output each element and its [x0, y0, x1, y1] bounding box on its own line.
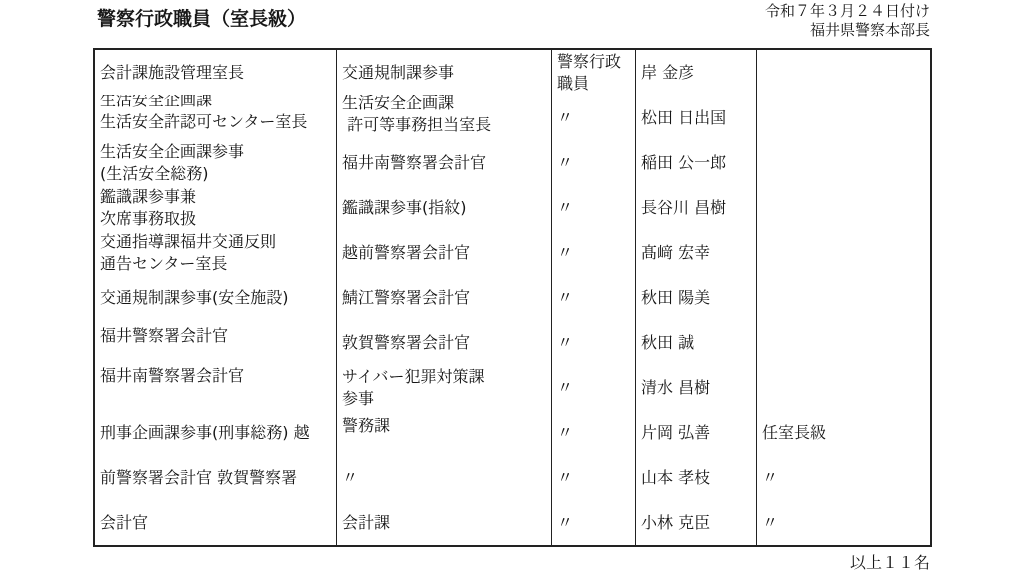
total-count: 以上１１名: [850, 550, 930, 573]
previous-position-cell: 福井南警察署会計官: [337, 140, 552, 185]
category-cell: 〃: [552, 455, 636, 500]
category-cell: 〃: [552, 500, 636, 545]
note-cell: 〃: [757, 455, 930, 500]
new-position-cell: 福井南警察署会計官: [95, 365, 337, 410]
note-cell: [757, 140, 930, 185]
previous-position-cell: サイバー犯罪対策課 参事: [337, 365, 552, 410]
note-cell: 任室長級: [757, 410, 930, 455]
note-cell: [757, 230, 930, 275]
personnel-table: 会計課施設管理室長 交通規制課参事 警察行政 職員 岸 金彦 生活安全企画課 生…: [93, 48, 932, 547]
note-cell: [757, 95, 930, 140]
previous-position-cell: 会計課: [337, 500, 552, 545]
previous-position-cell: 交通規制課参事: [337, 50, 552, 95]
previous-position-cell: 鯖江警察署会計官: [337, 275, 552, 320]
previous-position-cell: 鑑識課参事(指紋): [337, 185, 552, 230]
note-cell: [757, 320, 930, 365]
name-cell: 秋田 陽美: [636, 275, 757, 320]
name-cell: 稲田 公一郎: [636, 140, 757, 185]
new-position-cell: 交通指導課福井交通反則 通告センター室長: [95, 230, 337, 275]
previous-position-cell: 生活安全企画課 許可等事務担当室長: [337, 95, 552, 140]
category-cell: 〃: [552, 410, 636, 455]
note-cell: [757, 50, 930, 95]
previous-position-cell: 〃: [337, 455, 552, 500]
name-cell: 片岡 弘善: [636, 410, 757, 455]
name-cell: 秋田 誠: [636, 320, 757, 365]
issue-info: 令和７年３月２４日付け 福井県警察本部長: [765, 2, 930, 40]
issuer-name: 福井県警察本部長: [765, 21, 930, 40]
new-position-cell: 生活安全企画課 生活安全許認可センター室長: [95, 95, 337, 140]
name-cell: 長谷川 昌樹: [636, 185, 757, 230]
new-position-cell: 会計課施設管理室長: [95, 50, 337, 95]
new-position-cell: 福井警察署会計官: [95, 320, 337, 365]
new-position-cell: 生活安全企画課参事 (生活安全総務): [95, 140, 337, 185]
previous-position-cell: 敦賀警察署会計官: [337, 320, 552, 365]
previous-position-cell: 越前警察署会計官: [337, 230, 552, 275]
category-cell: 〃: [552, 275, 636, 320]
category-cell: 〃: [552, 185, 636, 230]
note-cell: [757, 275, 930, 320]
name-cell: 山本 孝枝: [636, 455, 757, 500]
issue-date: 令和７年３月２４日付け: [765, 2, 930, 21]
category-cell: 〃: [552, 140, 636, 185]
note-cell: 〃: [757, 500, 930, 545]
category-cell: 警察行政 職員: [552, 50, 636, 95]
previous-position-cell: 警務課: [337, 410, 552, 455]
note-cell: [757, 185, 930, 230]
note-cell: [757, 365, 930, 410]
new-position-cell: 刑事企画課参事(刑事総務) 越: [95, 410, 337, 455]
name-cell: 松田 日出国: [636, 95, 757, 140]
page-title: 警察行政職員（室長級）: [97, 6, 306, 32]
category-cell: 〃: [552, 230, 636, 275]
category-cell: 〃: [552, 365, 636, 410]
new-position-cell: 会計官: [95, 500, 337, 545]
name-cell: 小林 克臣: [636, 500, 757, 545]
name-cell: 岸 金彦: [636, 50, 757, 95]
new-position-cell: 前警察署会計官 敦賀警察署: [95, 455, 337, 500]
category-cell: 〃: [552, 95, 636, 140]
name-cell: 髙﨑 宏幸: [636, 230, 757, 275]
new-position-cell: 交通規制課参事(安全施設): [95, 275, 337, 320]
category-cell: 〃: [552, 320, 636, 365]
name-cell: 清水 昌樹: [636, 365, 757, 410]
new-position-cell: 鑑識課参事兼 次席事務取扱: [95, 185, 337, 230]
